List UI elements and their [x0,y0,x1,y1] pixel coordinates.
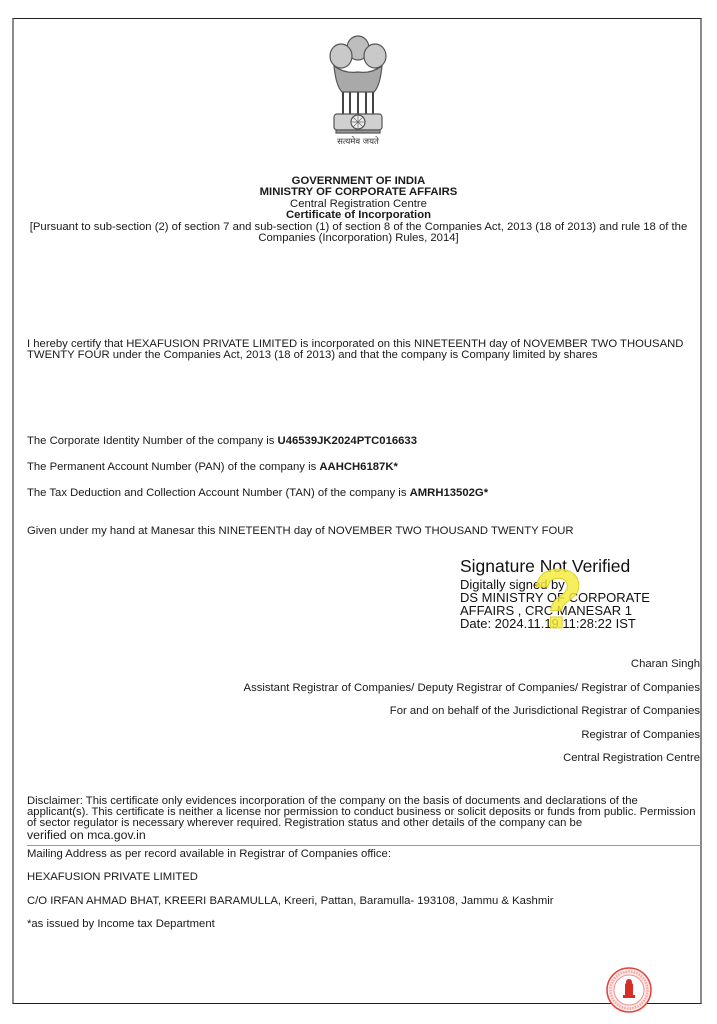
signatory-designation: Assistant Registrar of Companies/ Deputy… [244,682,700,694]
pan-line: The Permanent Account Number (PAN) of th… [27,461,398,473]
national-emblem-icon: सत्यमेव जयते [316,26,400,146]
mailing-address: C/O IRFAN AHMAD BHAT, KREERI BARAMULLA, … [27,895,554,907]
section-divider [27,845,701,846]
certificate-header: GOVERNMENT OF INDIA MINISTRY OF CORPORAT… [20,176,697,244]
certification-statement: I hereby certify that HEXAFUSION PRIVATE… [27,339,695,362]
tan-value: AMRH13502G* [410,487,488,499]
mailing-company: HEXAFUSION PRIVATE LIMITED [27,871,198,883]
pan-value: AAHCH6187K* [319,461,397,473]
signatory-name: Charan Singh [631,658,700,670]
given-under-hand: Given under my hand at Manesar this NINE… [27,525,574,537]
disclaimer: Disclaimer: This certificate only eviden… [27,796,697,841]
pan-tan-footnote: *as issued by Income tax Department [27,918,215,930]
cin-label: The Corporate Identity Number of the com… [27,435,278,447]
emblem-motto: सत्यमेव जयते [337,136,379,146]
signatory-centre: Central Registration Centre [563,752,700,764]
tan-line: The Tax Deduction and Collection Account… [27,487,488,499]
svg-text:?: ? [532,556,583,636]
cin-line: The Corporate Identity Number of the com… [27,435,417,447]
question-mark-icon: ? [528,556,588,636]
disclaimer-text: Disclaimer: This certificate only eviden… [27,795,696,829]
header-statutory-reference: [Pursuant to sub-section (2) of section … [20,222,697,245]
cin-value: U46539JK2024PTC016633 [278,435,417,447]
tan-label: The Tax Deduction and Collection Account… [27,487,410,499]
disclaimer-verify-link[interactable]: verified on mca.gov.in [27,830,697,841]
certificate-title: Certificate of Incorporation [20,210,697,221]
signatory-behalf: For and on behalf of the Jurisdictional … [390,705,700,717]
ministry-seal-icon [603,966,655,1014]
mailing-label: Mailing Address as per record available … [27,848,391,860]
signatory-office: Registrar of Companies [581,729,700,741]
pan-label: The Permanent Account Number (PAN) of th… [27,461,319,473]
